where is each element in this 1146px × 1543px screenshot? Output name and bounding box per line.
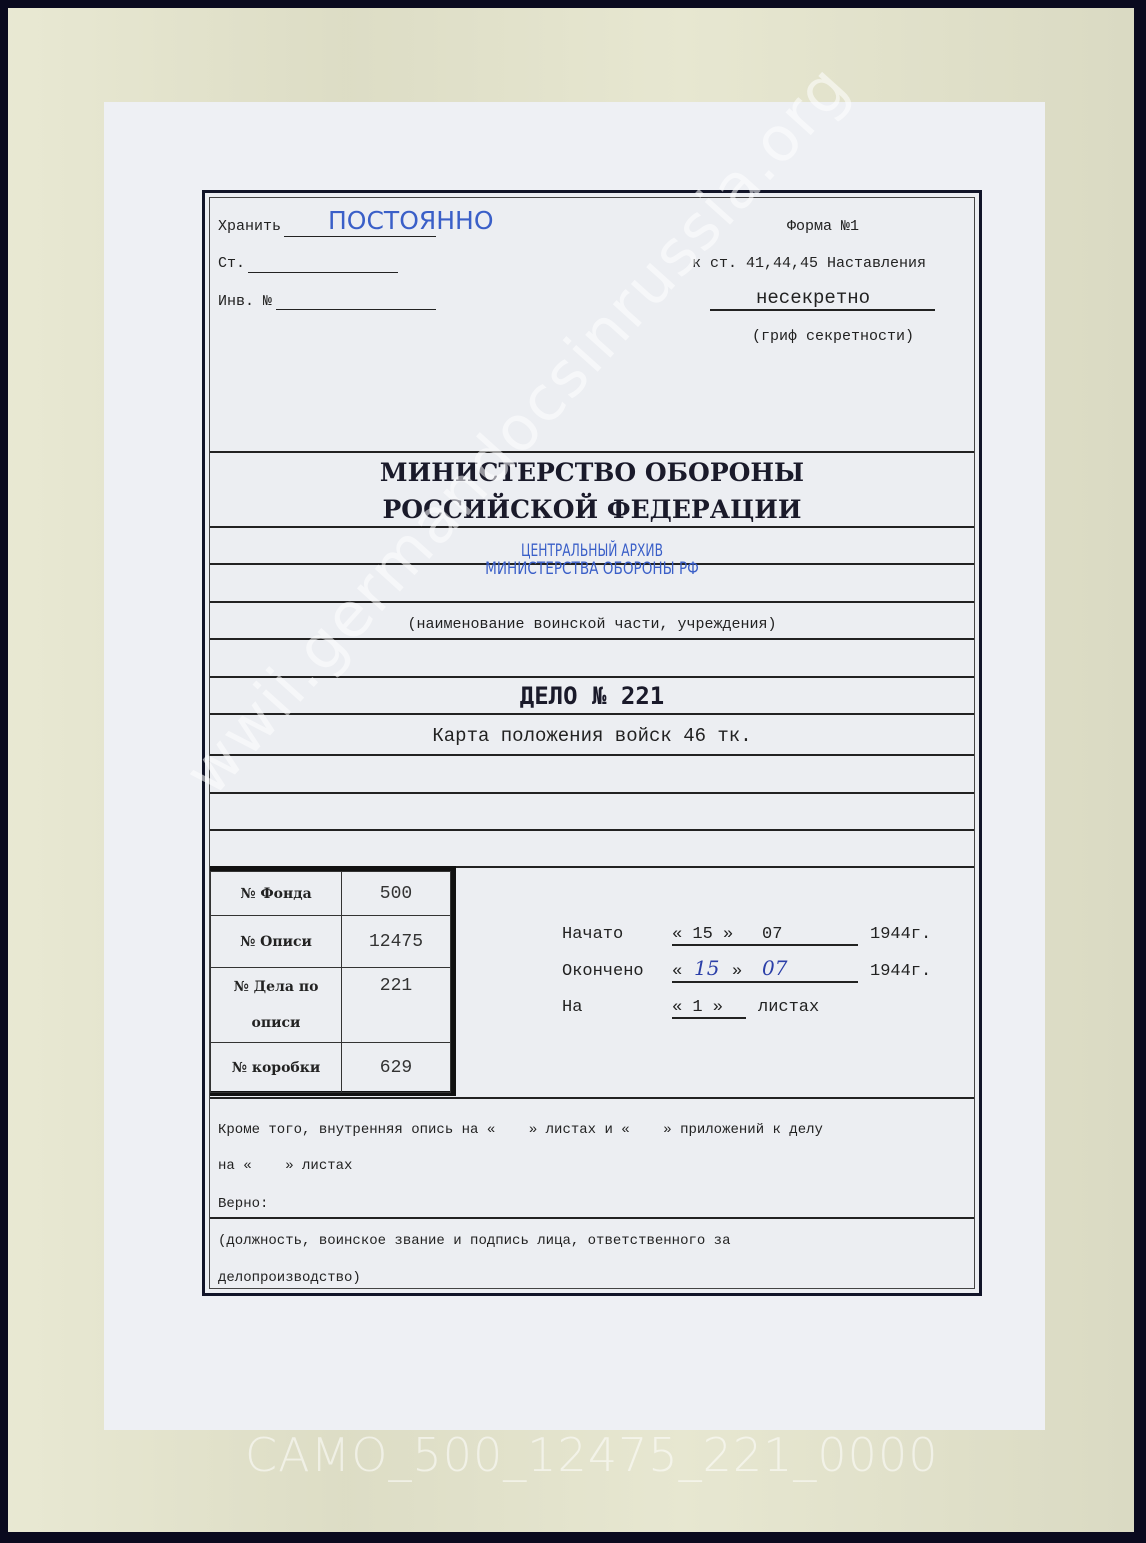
inv-underline xyxy=(276,309,436,310)
opis-label: № Описи xyxy=(211,916,342,968)
ministry-line-2: РОССИЙСКОЙ ФЕДЕРАЦИИ xyxy=(210,495,974,524)
classification-value: несекретно xyxy=(756,287,870,309)
classification-caption: (гриф секретности) xyxy=(752,328,914,345)
started-underline xyxy=(672,944,858,946)
started-month: 07 xyxy=(762,925,782,944)
divider xyxy=(210,792,974,794)
box-label: № коробки xyxy=(211,1043,342,1093)
divider xyxy=(210,1097,974,1099)
started-year: 1944г. xyxy=(870,925,931,944)
divider xyxy=(210,1217,974,1219)
verified-label: Верно: xyxy=(218,1196,268,1212)
fond-value: 500 xyxy=(342,872,451,916)
sheets-underline xyxy=(672,1017,746,1019)
started-day: « 15 » xyxy=(672,925,733,944)
keep-stamp: ПОСТОЯННО xyxy=(328,206,494,235)
fond-label: № Фонда xyxy=(211,872,342,916)
signature-caption-1: (должность, воинское звание и подпись ли… xyxy=(218,1233,730,1249)
table-row: № Описи 12475 xyxy=(211,916,451,968)
table-row: № коробки 629 xyxy=(211,1043,451,1093)
case-description: Карта положения войск 46 тк. xyxy=(210,725,974,747)
divider xyxy=(210,713,974,715)
divider xyxy=(210,526,974,528)
opis-value: 12475 xyxy=(342,916,451,968)
started-label: Начато xyxy=(562,925,623,944)
ended-open-quote: « xyxy=(672,962,682,981)
ended-day-handwritten: 15 xyxy=(694,956,719,980)
ended-underline xyxy=(672,981,858,983)
keep-label: Хранить xyxy=(218,218,281,235)
divider xyxy=(210,829,974,831)
table-row: № Фонда 500 xyxy=(211,872,451,916)
inventory-line: Кроме того, внутренняя опись на « » лист… xyxy=(218,1122,823,1138)
ministry-line-1: МИНИСТЕРСТВО ОБОРОНЫ xyxy=(210,458,974,487)
ended-close-quote: » xyxy=(732,962,742,981)
keep-underline xyxy=(284,236,436,237)
divider xyxy=(210,451,974,453)
signature-caption-2: делопроизводство) xyxy=(218,1270,361,1286)
sheets-line: на « » листах xyxy=(218,1158,352,1174)
form-number: Форма №1 xyxy=(787,218,859,235)
articles-reference: к ст. 41,44,45 Наставления xyxy=(692,255,926,272)
sheets-suffix: листах xyxy=(758,998,819,1017)
sheets-label: На xyxy=(562,998,582,1017)
sheets-value: « 1 » xyxy=(672,998,723,1017)
divider xyxy=(210,754,974,756)
table-row: № Дела по описи 221 xyxy=(211,968,451,1043)
archive-reference-table: № Фонда 500 № Описи 12475 № Дела по опис… xyxy=(210,866,456,1096)
st-underline xyxy=(248,272,398,273)
ended-month-handwritten: 07 xyxy=(762,956,787,980)
delo-label: № Дела по описи xyxy=(211,968,342,1043)
classification-underline xyxy=(710,309,935,311)
ended-label: Окончено xyxy=(562,962,644,981)
inv-label: Инв. № xyxy=(218,293,272,310)
box-value: 629 xyxy=(342,1043,451,1093)
delo-value: 221 xyxy=(342,968,451,1043)
file-id-watermark: CAMO_500_12475_221_0000 xyxy=(245,1428,938,1482)
ended-year: 1944г. xyxy=(870,962,931,981)
st-label: Ст. xyxy=(218,255,245,272)
